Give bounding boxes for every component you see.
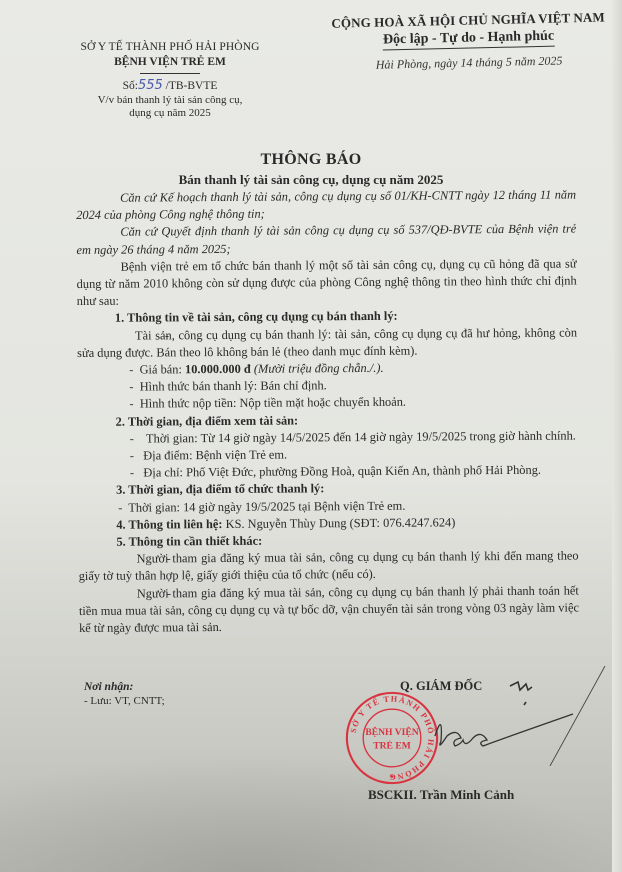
- recipients-block: Nơi nhận: - Lưu: VT, CNTT;: [84, 680, 165, 708]
- section-1-item-assets: -Tài sản, công cụ dụng cụ bán thanh lý: …: [77, 324, 577, 362]
- national-motto: Độc lập - Tự do - Hạnh phúc: [383, 29, 555, 51]
- section-2-item-time: - Thời gian: Từ 14 giờ ngày 14/5/2025 đế…: [78, 427, 578, 448]
- price-value: 10.000.000 đ: [185, 362, 251, 376]
- legal-basis-2: Căn cứ Quyết định thanh lý tài sản công …: [76, 221, 576, 259]
- svg-text:★: ★: [389, 773, 394, 780]
- section-4-heading: 4. Thông tin liên hệ:: [116, 517, 222, 532]
- document-subtitle: Bán thanh lý tài sản công cụ, dụng cụ nă…: [0, 172, 622, 188]
- number-suffix: /TB-BVTE: [166, 80, 218, 92]
- official-seal-icon: SỞ Y TẾ THÀNH PHỐ HẢI PHÒNG BỆNH VIỆN TR…: [344, 690, 440, 786]
- handwritten-number: 555: [138, 78, 163, 93]
- legal-basis-1: Căn cứ Kế hoạch thanh lý tài sản, công c…: [76, 187, 576, 225]
- contact-info: KS. Nguyễn Thùy Dung (SĐT: 076.4247.624): [222, 515, 455, 531]
- seal-inner-line-2: TRẺ EM: [373, 740, 411, 752]
- price-label: Giá bán:: [140, 362, 186, 376]
- document-body: Căn cứ Kế hoạch thanh lý tài sản, công c…: [76, 187, 579, 638]
- subject-line-1: V/v bán thanh lý tài sản công cụ,: [70, 94, 270, 107]
- price-in-words: (Mười triệu đồng chẵn./.).: [254, 361, 384, 376]
- recipients-label: Nơi nhận:: [84, 680, 165, 694]
- subject-line-2: dụng cụ năm 2025: [70, 107, 270, 120]
- number-prefix: Số:: [123, 80, 138, 92]
- issuer-block: SỞ Y TẾ THÀNH PHỐ HẢI PHÒNG BỆNH VIỆN TR…: [70, 40, 270, 120]
- national-header: CỘNG HOÀ XÃ HỘI CHỦ NGHĨA VIỆT NAM Độc l…: [318, 9, 619, 74]
- nation-title: CỘNG HOÀ XÃ HỘI CHỦ NGHĨA VIỆT NAM: [318, 9, 618, 32]
- section-5-item-documents: -Người tham gia đăng ký mua tài sản, côn…: [79, 548, 579, 586]
- intro-paragraph: Bệnh viện trẻ em tổ chức bán thanh lý mộ…: [76, 255, 576, 310]
- photo-shadow: [0, 752, 622, 872]
- document-number: Số:555 /TB-BVTE: [70, 78, 270, 94]
- section-5-item-payment: -Người tham gia đăng ký mua tài sản, côn…: [79, 582, 579, 637]
- document-title: THÔNG BÁO: [0, 151, 622, 169]
- signature-scribble-icon: [430, 666, 620, 766]
- organization-name: BỆNH VIỆN TRẺ EM: [70, 55, 270, 70]
- seal-inner-line-1: BỆNH VIỆN: [365, 725, 418, 738]
- recipient-item: - Lưu: VT, CNTT;: [84, 694, 165, 708]
- signer-name: BSCKII. Trần Minh Cảnh: [368, 787, 514, 803]
- place-and-date: Hải Phòng, ngày 14 tháng 5 năm 2025: [319, 52, 619, 74]
- header-divider: [140, 73, 200, 74]
- parent-organization: SỞ Y TẾ THÀNH PHỐ HẢI PHÒNG: [70, 40, 270, 55]
